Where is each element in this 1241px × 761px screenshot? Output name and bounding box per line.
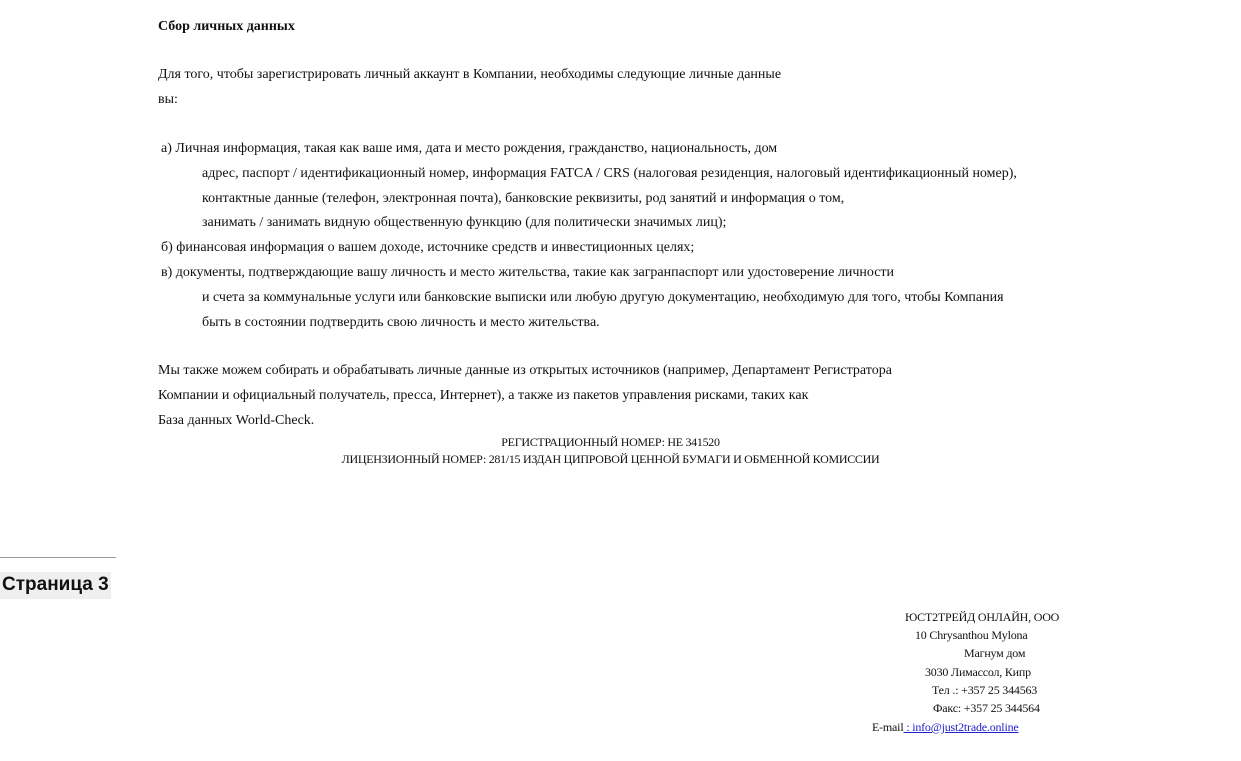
list-item-a-line-4: занимать / занимать видную общественную …	[202, 214, 726, 232]
page-number-label: Страница 3	[0, 572, 111, 599]
address-street: 10 Chrysanthou Mylona	[915, 627, 1027, 643]
email-link[interactable]: : info@just2trade.online	[903, 720, 1018, 734]
closing-line-2: Компании и официальный получатель, пресс…	[158, 387, 808, 405]
list-item-a-line-1: а) Личная информация, такая как ваше имя…	[161, 140, 777, 158]
list-item-b-line-1: б) финансовая информация о вашем доходе,…	[161, 239, 694, 257]
list-item-a-line-3: контактные данные (телефон, электронная …	[202, 190, 844, 208]
registration-number: РЕГИСТРАЦИОННЫЙ НОМЕР: НЕ 341520	[0, 434, 1221, 450]
closing-line-1: Мы также можем собирать и обрабатывать л…	[158, 362, 892, 380]
page-separator	[0, 557, 116, 558]
intro-line-2: вы:	[158, 91, 178, 109]
section-heading: Сбор личных данных	[158, 19, 295, 35]
list-item-c-line-2: и счета за коммунальные услуги или банко…	[202, 289, 1004, 307]
fax-number: Факс: +357 25 344564	[933, 700, 1040, 716]
phone-number: Тел .: +357 25 344563	[932, 682, 1037, 698]
list-item-c-line-1: в) документы, подтверждающие вашу личнос…	[161, 264, 894, 282]
list-item-c-line-3: быть в состоянии подтвердить свою личнос…	[202, 314, 600, 332]
email-row: E-mail : info@just2trade.online	[872, 719, 1019, 735]
address-building: Магнум дом	[964, 645, 1025, 661]
address-city: 3030 Лимассол, Кипр	[925, 664, 1031, 680]
list-item-a-line-2: адрес, паспорт / идентификационный номер…	[202, 165, 1017, 183]
company-name: ЮСТ2ТРЕЙД ОНЛАЙН, ООО	[905, 609, 1059, 625]
license-number: ЛИЦЕНЗИОННЫЙ НОМЕР: 281/15 ИЗДАН ЦИПРОВО…	[0, 451, 1221, 467]
email-label: E-mail	[872, 720, 903, 734]
closing-line-3: База данных World-Check.	[158, 412, 314, 430]
intro-line-1: Для того, чтобы зарегистрировать личный …	[158, 66, 781, 84]
